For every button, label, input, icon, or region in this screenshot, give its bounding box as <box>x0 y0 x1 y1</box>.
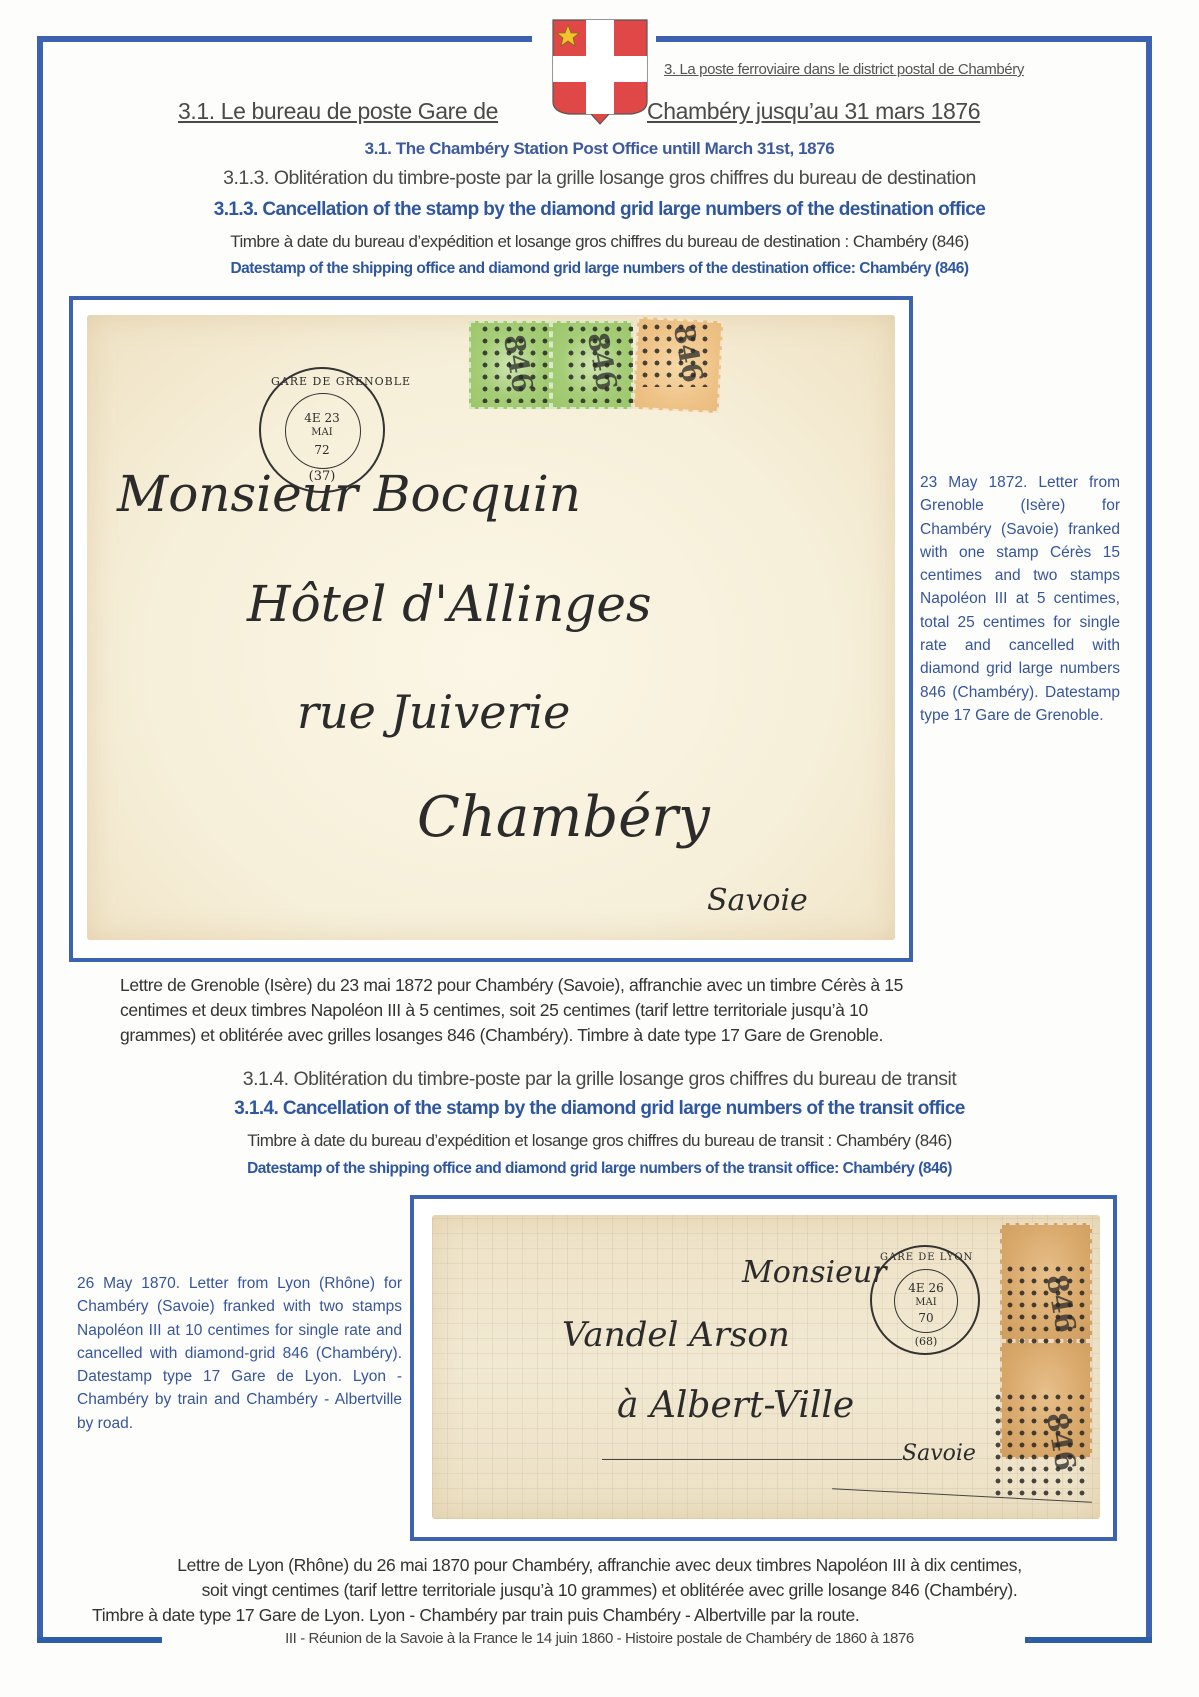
address-line: à Albert-Ville <box>617 1385 854 1426</box>
section-314-subheading-fr: Timbre à date du bureau d’expédition et … <box>0 1131 1199 1151</box>
section-313-heading-en: 3.1.3. Cancellation of the stamp by the … <box>0 199 1199 221</box>
section-314-heading-fr: 3.1.4. Oblitération du timbre-poste par … <box>0 1068 1199 1091</box>
address-line: Chambéry <box>417 785 710 850</box>
section-313-subheading-en: Datestamp of the shipping office and dia… <box>0 260 1199 278</box>
section-313-heading-fr: 3.1.3. Oblitération du timbre-poste par … <box>0 167 1199 190</box>
address-line: Monsieur Bocquin <box>117 465 581 523</box>
cover-image-grenoble: GARE DE GRENOBLE 4E 23 MAI 72 (37) 846 8… <box>69 296 913 962</box>
section-314-heading-en: 3.1.4. Cancellation of the stamp by the … <box>0 1098 1199 1120</box>
section-313-subheading-fr: Timbre à date du bureau d’expédition et … <box>0 232 1199 252</box>
address-line: Vandel Arson <box>562 1315 790 1355</box>
envelope: GARE DE GRENOBLE 4E 23 MAI 72 (37) 846 8… <box>87 315 895 940</box>
page-title-right: Chambéry jusqu’au 31 mars 1876 <box>647 98 980 125</box>
frame-border-top-right <box>656 36 1152 42</box>
frame-border-top-left <box>37 36 532 42</box>
side-note-grenoble: 23 May 1872. Letter from Grenoble (Isère… <box>920 471 1120 727</box>
folded-letter: GARE DE LYON 4E 26 MAI 70 (68) 846 846 M… <box>432 1215 1100 1519</box>
cover-image-lyon: GARE DE LYON 4E 26 MAI 70 (68) 846 846 M… <box>410 1195 1117 1541</box>
side-note-lyon: 26 May 1870. Letter from Lyon (Rhône) fo… <box>77 1272 402 1435</box>
address-line: Savoie <box>902 1441 976 1466</box>
section-link[interactable]: 3. La poste ferroviaire dans le district… <box>664 61 1024 78</box>
section-314-subheading-en: Datestamp of the shipping office and dia… <box>0 1160 1199 1178</box>
caption-fr-lyon: Lettre de Lyon (Rhône) du 26 mai 1870 po… <box>0 1553 1199 1628</box>
address-line: Savoie <box>707 883 808 918</box>
savoie-coat-of-arms-icon <box>551 18 649 126</box>
address-line: rue Juiverie <box>297 685 570 739</box>
page-subtitle-en: 3.1. The Chambéry Station Post Office un… <box>0 139 1199 159</box>
page-title-left: 3.1. Le bureau de poste Gare de <box>178 98 498 125</box>
page-footer: III - Réunion de la Savoie à la France l… <box>0 1630 1199 1647</box>
address-line: Monsieur <box>742 1255 887 1290</box>
caption-fr-grenoble: Lettre de Grenoble (Isère) du 23 mai 187… <box>120 973 1080 1048</box>
address-line: Hôtel d'Allinges <box>247 575 652 633</box>
